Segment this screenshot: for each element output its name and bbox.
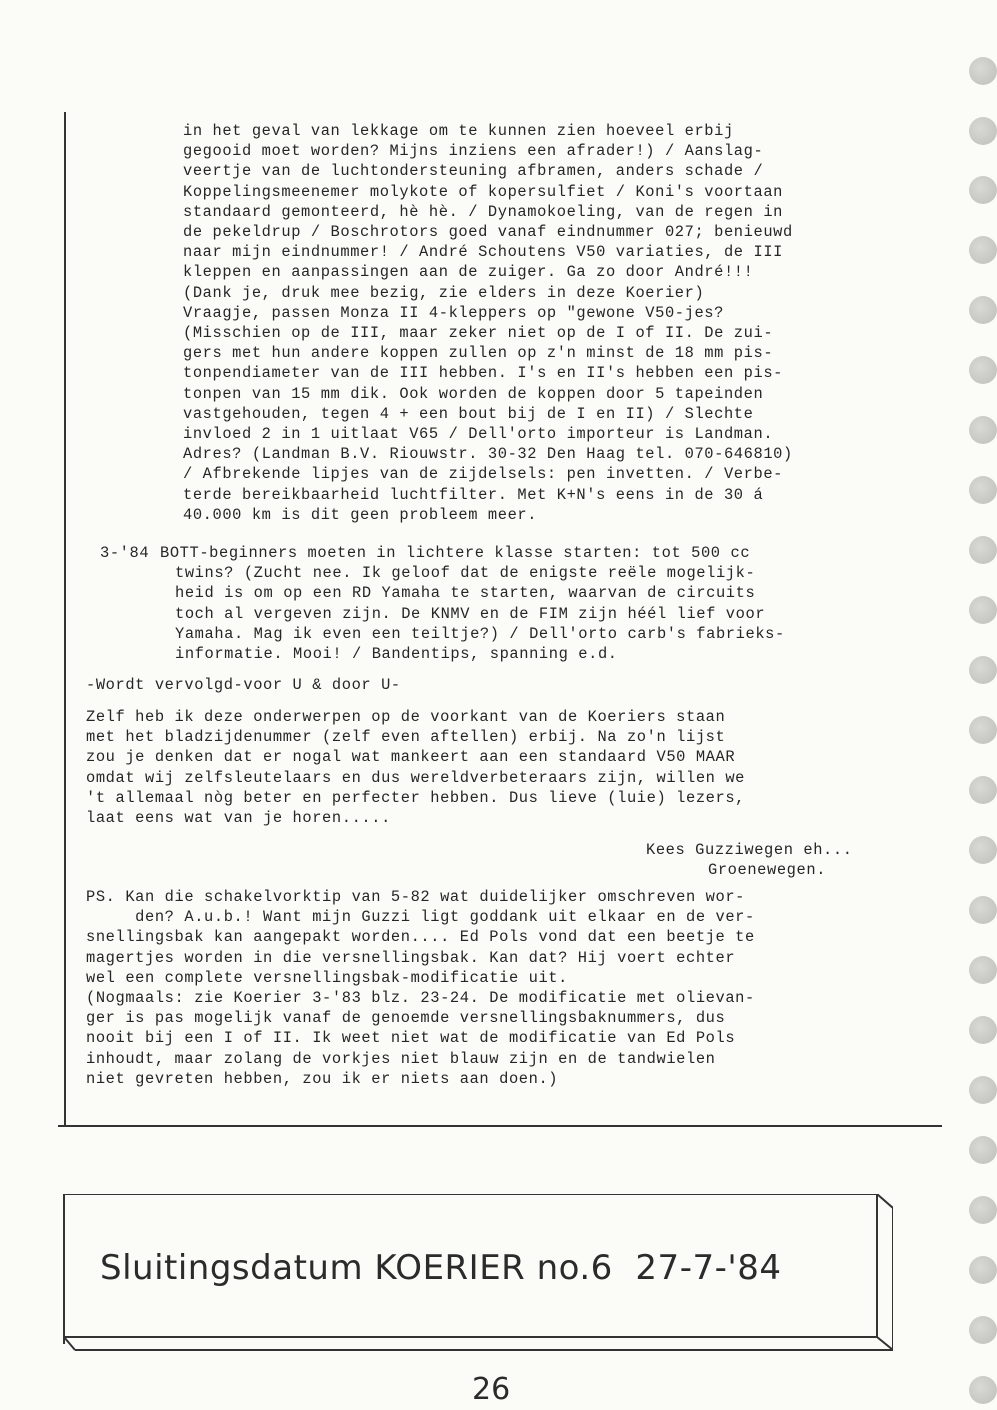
text-line: BOTT-beginners moeten in lichtere klasse… <box>160 543 750 563</box>
binder-hole <box>969 57 997 85</box>
text-line: inhoudt, maar zolang de vorkjes niet bla… <box>86 1049 716 1069</box>
continued-note: -Wordt vervolgd-voor U & door U- <box>86 675 401 695</box>
binder-hole <box>969 176 997 204</box>
binder-hole <box>969 956 997 984</box>
text-line: nooit bij een I of II. Ik weet niet wat … <box>86 1028 735 1048</box>
text-line: invloed 2 in 1 uitlaat V65 / Dell'orto i… <box>183 424 773 444</box>
text-line: tonpen van 15 mm dik. Ook worden de kopp… <box>183 384 763 404</box>
text-line: met het bladzijdenummer (zelf even aftel… <box>86 727 725 747</box>
text-line: standaard gemonteerd, hè hè. / Dynamokoe… <box>183 202 783 222</box>
text-line: Yamaha. Mag ik even een teiltje?) / Dell… <box>175 624 785 644</box>
text-line: de pekeldrup / Boschrotors goed vanaf ei… <box>183 222 793 242</box>
binder-hole <box>969 536 997 564</box>
text-line: Vraagje, passen Monza II 4-kleppers op "… <box>183 303 724 323</box>
text-line: PS. Kan die schakelvorktip van 5-82 wat … <box>86 887 745 907</box>
frame-bottom-border <box>58 1125 942 1127</box>
binder-hole <box>969 716 997 744</box>
signature-line-2: Groenewegen. <box>708 860 826 880</box>
text-line: omdat wij zelfsleutelaars en dus wereldv… <box>86 768 745 788</box>
text-line: 40.000 km is dit geen probleem meer. <box>183 505 537 525</box>
text-line: heid is om op een RD Yamaha te starten, … <box>175 583 755 603</box>
binder-hole <box>969 416 997 444</box>
binder-hole <box>969 1196 997 1224</box>
text-line: 't allemaal nòg beter en perfecter hebbe… <box>86 788 745 808</box>
binder-hole <box>969 596 997 624</box>
text-line: zou je denken dat er nogal wat mankeert … <box>86 747 735 767</box>
binder-hole <box>969 1256 997 1284</box>
binder-hole <box>969 1136 997 1164</box>
text-line: vastgehouden, tegen 4 + een bout bij de … <box>183 404 753 424</box>
text-line: tonpendiameter van de III hebben. I's en… <box>183 363 783 383</box>
text-line: den? A.u.b.! Want mijn Guzzi ligt goddan… <box>86 907 755 927</box>
text-line: informatie. Mooi! / Bandentips, spanning… <box>175 644 618 664</box>
binder-hole <box>969 1376 997 1404</box>
binder-hole <box>969 896 997 924</box>
text-line: magertjes worden in die versnellingsbak.… <box>86 948 735 968</box>
text-line: / Afbrekende lipjes van de zijdelsels: p… <box>183 464 783 484</box>
issue-label: 3-'84 <box>100 543 149 563</box>
closing-date-banner: Sluitingsdatum KOERIER no.6 27-7-'84 <box>100 1248 781 1288</box>
text-line: toch al vergeven zijn. De KNMV en de FIM… <box>175 604 765 624</box>
text-line: niet gevreten hebben, zou ik er niets aa… <box>86 1069 558 1089</box>
text-line: gegooid moet worden? Mijns inziens een a… <box>183 141 763 161</box>
binder-hole <box>969 836 997 864</box>
text-line: wel een complete versnellingsbak-modific… <box>86 968 568 988</box>
binder-hole <box>969 1076 997 1104</box>
text-line: laat eens wat van je horen..... <box>86 808 391 828</box>
text-line: twins? (Zucht nee. Ik geloof dat de enig… <box>175 563 755 583</box>
text-line: Adres? (Landman B.V. Riouwstr. 30-32 Den… <box>183 444 793 464</box>
binder-hole <box>969 476 997 504</box>
text-line: terde bereikbaarheid luchtfilter. Met K+… <box>183 485 763 505</box>
binder-hole <box>969 1316 997 1344</box>
text-line: veertje van de luchtondersteuning afbram… <box>183 161 763 181</box>
binder-hole <box>969 296 997 324</box>
page-number: 26 <box>472 1372 510 1407</box>
text-line: Koppelingsmeenemer molykote of kopersulf… <box>183 182 783 202</box>
frame-left-border <box>64 112 66 1127</box>
text-line: ger is pas mogelijk vanaf de genoemde ve… <box>86 1008 725 1028</box>
text-line: Zelf heb ik deze onderwerpen op de voork… <box>86 707 725 727</box>
text-line: (Misschien op de III, maar zeker niet op… <box>183 323 773 343</box>
binder-hole <box>969 236 997 264</box>
binder-hole <box>969 117 997 145</box>
text-line: (Nogmaals: zie Koerier 3-'83 blz. 23-24.… <box>86 988 755 1008</box>
binder-hole <box>969 356 997 384</box>
binder-hole <box>969 1016 997 1044</box>
text-line: snellingsbak kan aangepakt worden.... Ed… <box>86 927 755 947</box>
text-line: gers met hun andere koppen zullen op z'n… <box>183 343 773 363</box>
text-line: (Dank je, druk mee bezig, zie elders in … <box>183 283 704 303</box>
signature-line-1: Kees Guzziwegen eh... <box>646 840 853 860</box>
text-line: kleppen en aanpassingen aan de zuiger. G… <box>183 262 753 282</box>
text-line: in het geval van lekkage om te kunnen zi… <box>183 121 734 141</box>
binder-hole <box>969 776 997 804</box>
binder-hole <box>969 656 997 684</box>
text-line: naar mijn eindnummer! / André Schoutens … <box>183 242 783 262</box>
